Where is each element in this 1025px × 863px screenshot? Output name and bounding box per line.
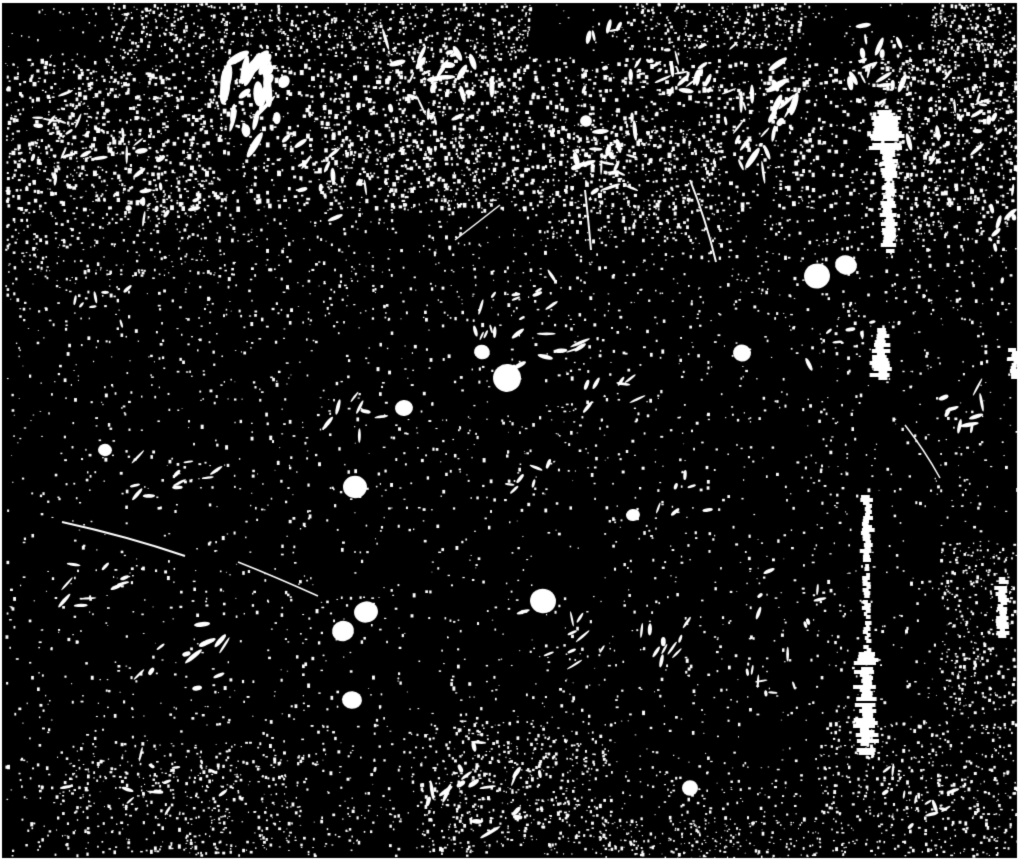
binarized-orchard-photo (0, 0, 1025, 863)
binary-image-canvas (0, 0, 1025, 863)
